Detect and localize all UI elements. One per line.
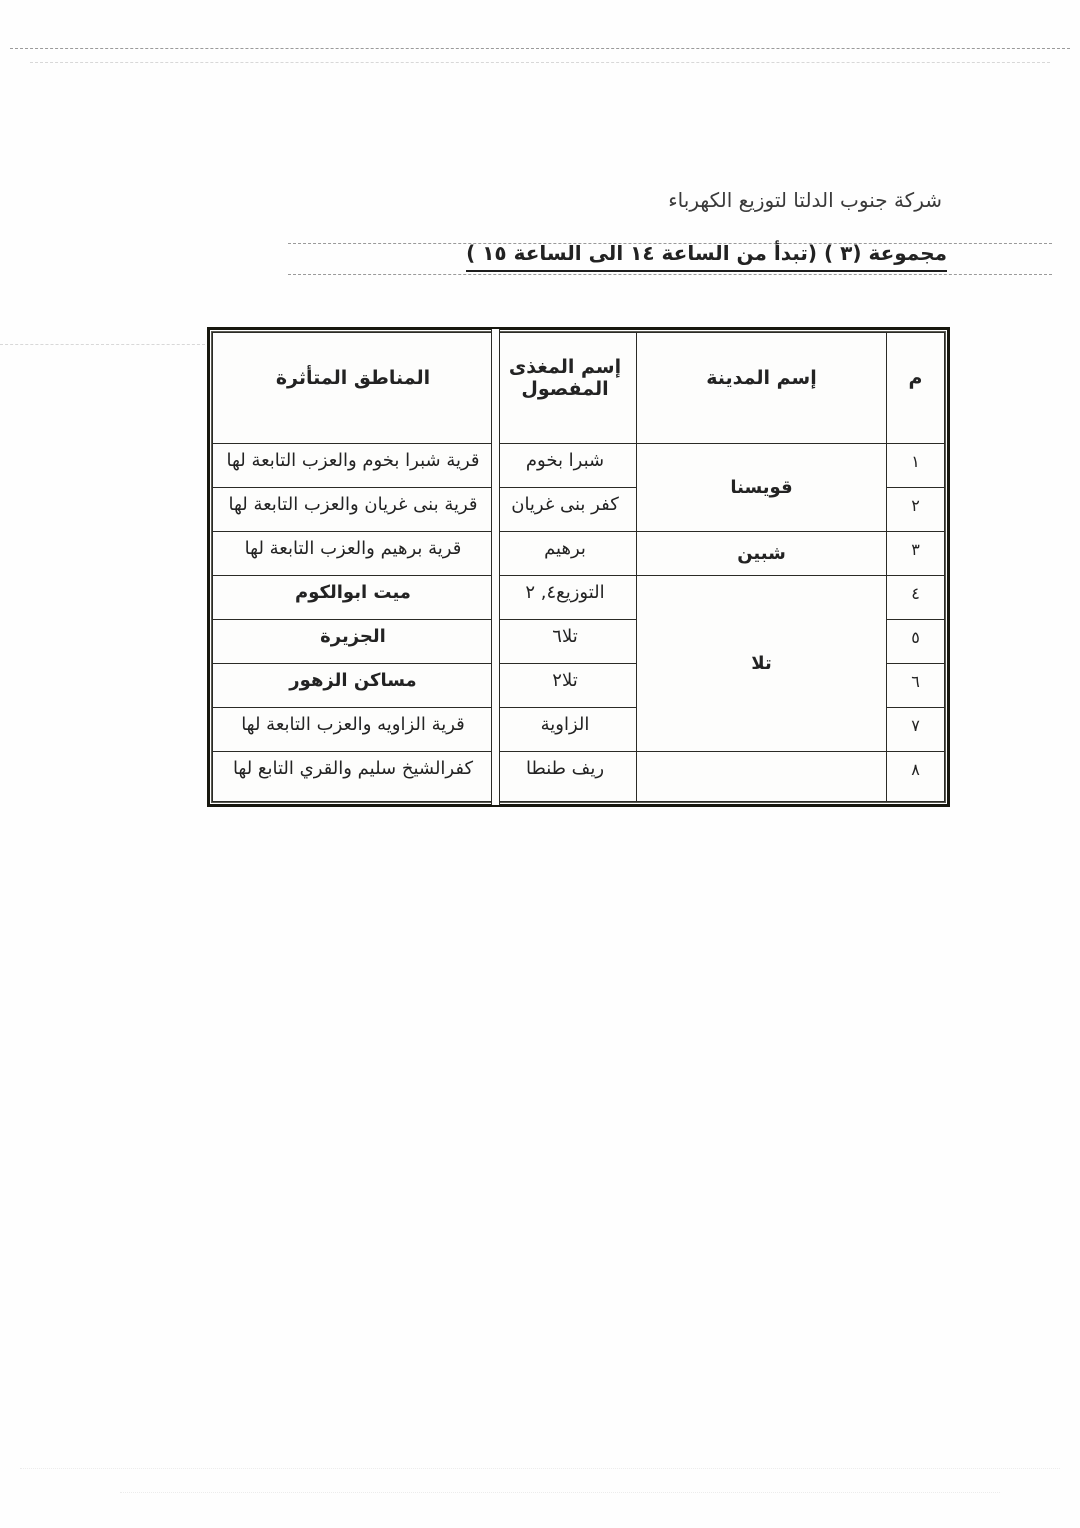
row-number: ٦ <box>887 664 945 708</box>
company-title: شركة جنوب الدلتا لتوزيع الكهرباء <box>668 188 942 212</box>
city-name <box>637 752 887 802</box>
header-number: م <box>887 333 945 444</box>
feeder-name: شبرا بخوم <box>494 444 637 488</box>
scan-artifact-line-left <box>0 344 205 345</box>
feeder-name: الزاوية <box>494 708 637 752</box>
feeder-name: برهيم <box>494 532 637 576</box>
city-name: شبين <box>637 532 887 576</box>
table-row: ٤ تلا التوزيع٤, ٢ ميت ابوالكوم <box>213 576 945 620</box>
feeder-name: ريف طنطا <box>494 752 637 802</box>
row-number: ٣ <box>887 532 945 576</box>
outage-table: م إسم المدينة إسم المغذى المفصول المناطق… <box>212 332 945 802</box>
affected-areas: ميت ابوالكوم <box>213 576 494 620</box>
document-page: شركة جنوب الدلتا لتوزيع الكهرباء مجموعة … <box>0 0 1080 1528</box>
affected-areas: الجزيرة <box>213 620 494 664</box>
affected-areas: قرية شبرا بخوم والعزب التابعة لها <box>213 444 494 488</box>
row-number: ٧ <box>887 708 945 752</box>
table-row: ١ قويسنا شبرا بخوم قرية شبرا بخوم والعزب… <box>213 444 945 488</box>
outage-schedule-table: م إسم المدينة إسم المغذى المفصول المناطق… <box>207 327 950 807</box>
scan-artifact-line-bottom <box>20 1468 1060 1469</box>
header-city-name: إسم المدينة <box>637 333 887 444</box>
affected-areas: قرية برهيم والعزب التابعة لها <box>213 532 494 576</box>
row-number: ٤ <box>887 576 945 620</box>
header-affected-areas: المناطق المتأثرة <box>213 333 494 444</box>
feeder-name: كفر بنى غريان <box>494 488 637 532</box>
heading-dotted-rule-below <box>288 274 1052 275</box>
row-number: ٥ <box>887 620 945 664</box>
table-row: ٨ ريف طنطا كفرالشيخ سليم والقري التابع ل… <box>213 752 945 802</box>
affected-areas: كفرالشيخ سليم والقري التابع لها <box>213 752 494 802</box>
row-number: ٨ <box>887 752 945 802</box>
feeder-name: تلا٢ <box>494 664 637 708</box>
city-name: تلا <box>637 576 887 752</box>
header-feeder-name: إسم المغذى المفصول <box>494 333 637 444</box>
scan-artifact-line-bottom-2 <box>120 1492 1000 1493</box>
table-header-row: م إسم المدينة إسم المغذى المفصول المناطق… <box>213 333 945 444</box>
feeder-name: تلا٦ <box>494 620 637 664</box>
row-number: ٢ <box>887 488 945 532</box>
affected-areas: قرية بنى غريان والعزب التابعة لها <box>213 488 494 532</box>
scan-artifact-line-top-2 <box>30 62 1050 63</box>
table-row: ٣ شبين برهيم قرية برهيم والعزب التابعة ل… <box>213 532 945 576</box>
row-number: ١ <box>887 444 945 488</box>
city-name: قويسنا <box>637 444 887 532</box>
feeder-name: التوزيع٤, ٢ <box>494 576 637 620</box>
group-heading: مجموعة (٣ ) (تبدأ من الساعة ١٤ الى الساع… <box>466 241 947 272</box>
affected-areas: مساكن الزهور <box>213 664 494 708</box>
affected-areas: قرية الزاويه والعزب التابعة لها <box>213 708 494 752</box>
scan-artifact-line-top <box>10 48 1070 49</box>
